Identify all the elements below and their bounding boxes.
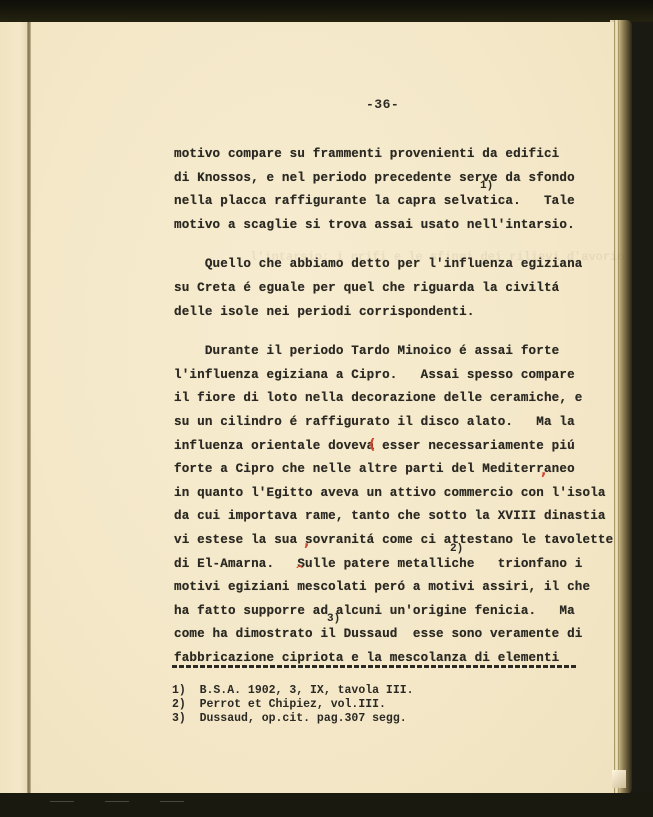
body-line: su Creta é eguale per quel che riguarda … <box>174 281 559 295</box>
footnotes: 1) B.S.A. 1902, 3, IX, tavola III. 2) Pe… <box>172 684 414 726</box>
body-line: da cui importava rame, tanto che sotto l… <box>174 509 606 523</box>
body-line: motivo compare su frammenti provenienti … <box>174 147 559 161</box>
footnote-1: 1) B.S.A. 1902, 3, IX, tavola III. <box>172 684 414 698</box>
page-number: -36- <box>366 97 399 112</box>
document-page <box>31 22 614 793</box>
footnote-2: 2) Perrot et Chipiez, vol.III. <box>172 698 414 712</box>
red-pencil-mark: , <box>304 534 309 550</box>
body-line: vi estese la sua sovranitá come ci attes… <box>174 533 613 547</box>
scanner-background-top <box>0 0 653 22</box>
facing-page-edge <box>0 22 28 793</box>
scanner-background-bottom <box>0 793 653 817</box>
red-pencil-mark: ^ <box>295 563 304 576</box>
page-corner <box>612 770 626 788</box>
body-line: come ha dimostrato il Dussaud esse sono … <box>174 627 583 641</box>
body-line: forte a Cipro che nelle altre parti del … <box>174 462 575 476</box>
body-line: Quello che abbiamo detto per l'influenza… <box>174 257 583 271</box>
body-line: in quanto l'Egitto aveva un attivo comme… <box>174 486 606 500</box>
body-line: fabbricazione cipriota e la mescolanza d… <box>174 651 559 665</box>
body-line: ha fatto supporre ad alcuni un'origine f… <box>174 604 575 618</box>
footnote-reference: 2) <box>450 543 463 555</box>
body-line: il fiore di loto nella decorazione delle… <box>174 391 583 405</box>
body-line: delle isole nei periodi corrispondenti. <box>174 305 475 319</box>
body-line: l'influenza egiziana a Cipro. Assai spes… <box>174 368 575 382</box>
body-line: nella placca raffigurante la capra selva… <box>174 194 575 208</box>
body-line: motivi egiziani mescolati peró a motivi … <box>174 580 590 594</box>
footnote-3: 3) Dussaud, op.cit. pag.307 segg. <box>172 712 414 726</box>
red-pencil-mark: , <box>541 463 546 479</box>
red-pencil-mark: ( <box>369 437 375 453</box>
body-line: su un cilindro é raffigurato il disco al… <box>174 415 575 429</box>
body-line: di El-Amarna. Sulle patere metalliche tr… <box>174 557 583 571</box>
body-line: motivo a scaglie si trova assai usato ne… <box>174 218 575 232</box>
body-line: di Knossos, e nel periodo precedente ser… <box>174 171 575 185</box>
footnote-reference: 1) <box>480 180 493 192</box>
footnote-reference: 3) <box>327 613 340 625</box>
body-line: Durante il periodo Tardo Minoico é assai… <box>174 344 559 358</box>
footnote-separator <box>172 665 578 668</box>
